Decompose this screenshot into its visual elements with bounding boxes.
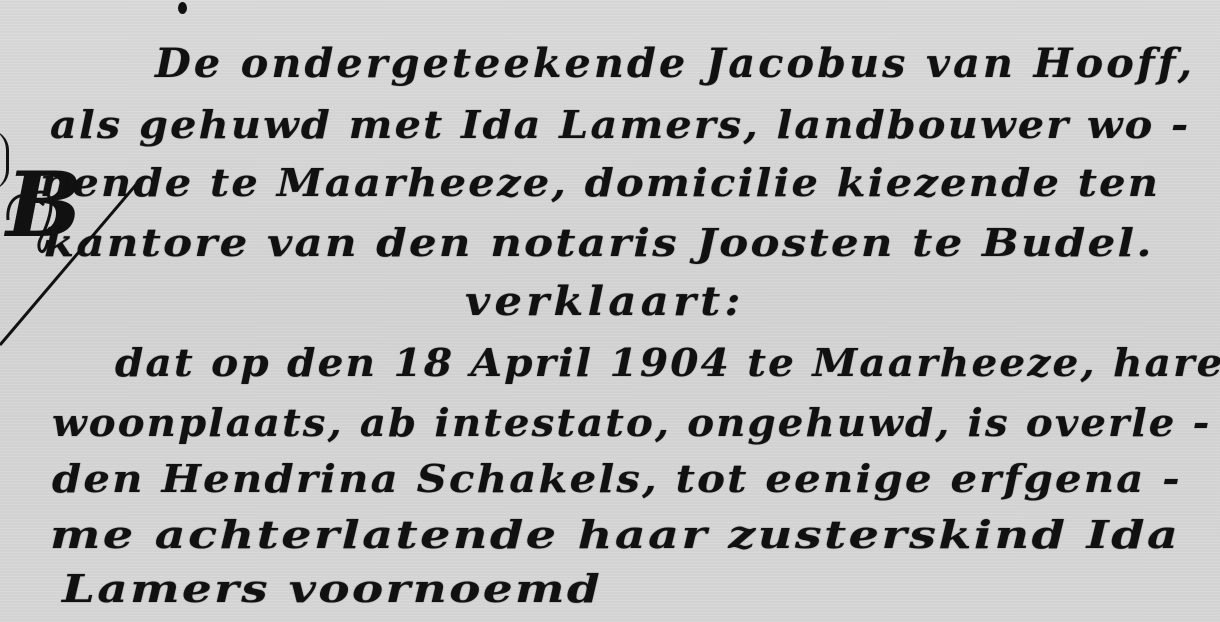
text-line-1: De ondergeteekende Jacobus van Hooff, (155, 40, 1195, 87)
text-line-10: Lamers voornoemd (62, 566, 602, 611)
scanned-document-page: B De ondergeteekende Jacobus van Hooff, … (0, 0, 1220, 622)
text-line-4: kantore van den notaris Joosten te Budel… (44, 220, 1154, 265)
ink-blot (178, 2, 187, 14)
text-line-7: woonplaats, ab intestato, ongehuwd, is o… (52, 400, 1211, 445)
text-line-9: me achterlatende haar zusterskind Ida (50, 512, 1180, 557)
text-line-5-heading: verklaart: (465, 278, 745, 325)
text-line-8: den Hendrina Schakels, tot eenige erfgen… (52, 456, 1182, 501)
text-line-2: als gehuwd met Ida Lamers, landbouwer wo… (50, 102, 1190, 147)
text-line-6: dat op den 18 April 1904 te Maarheeze, h… (115, 340, 1220, 385)
text-line-3: nende te Maarheeze, domicilie kiezende t… (40, 160, 1160, 205)
